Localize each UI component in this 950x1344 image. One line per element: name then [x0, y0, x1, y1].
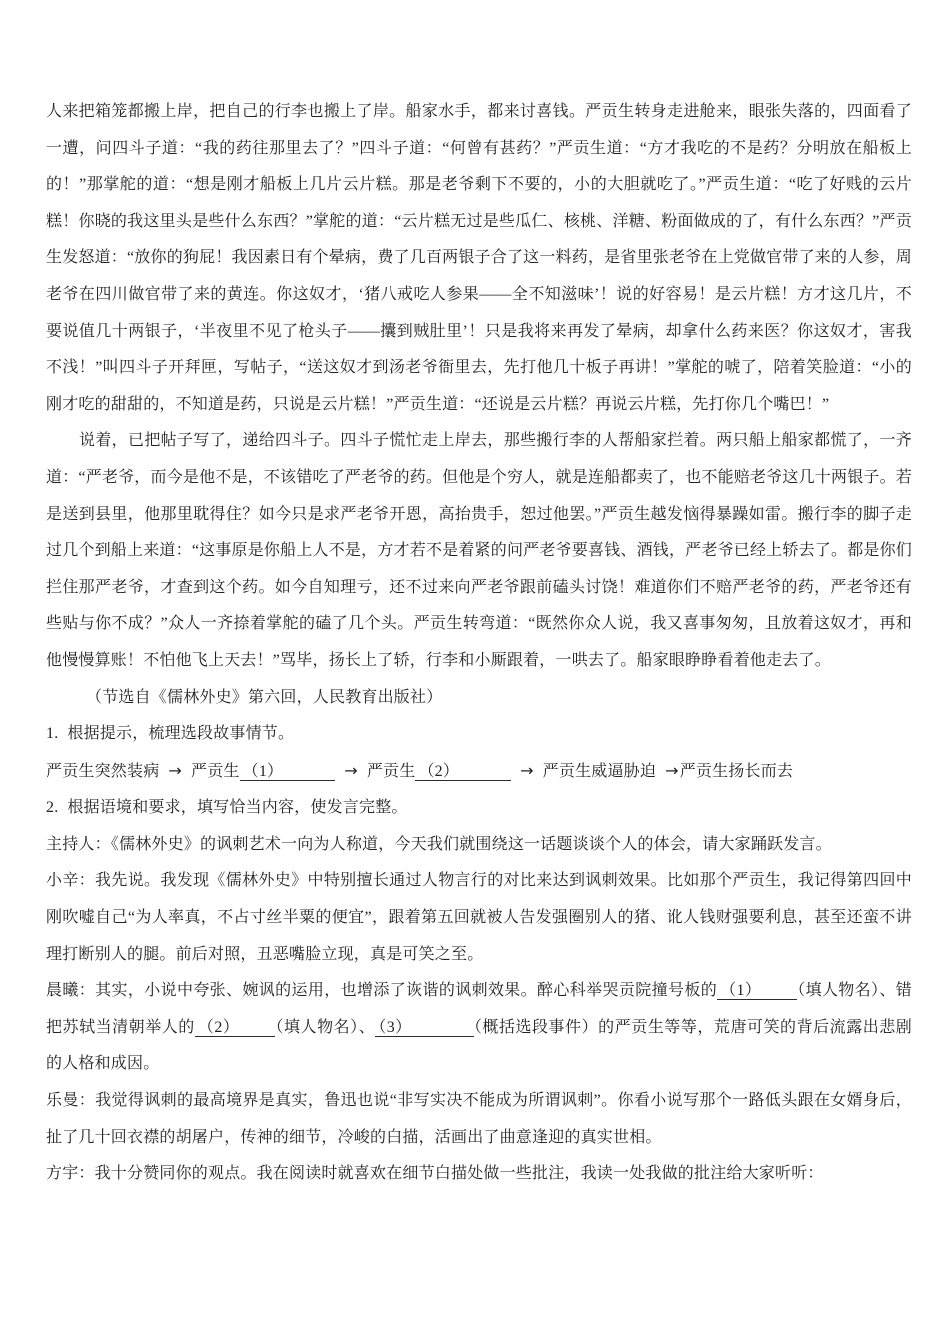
question-1-heading: 1.根据提示，梳理选段故事情节。	[46, 716, 912, 753]
passage-paragraph-1: 人来把箱笼都搬上岸，把自己的行李也搬上了岸。船家水手，都来讨喜钱。严贡生转身走进…	[46, 94, 912, 423]
answer-blank-2-label: （2）	[198, 1019, 240, 1036]
speaker-label-chenxi: 晨曦：	[46, 982, 95, 999]
answer-blank-1: （1）	[717, 982, 797, 1000]
passage-source-attribution: （节选自《儒林外史》第六回，人民教育出版社）	[46, 680, 912, 717]
dialogue-xiaoxin-text: 我先说。我发现《儒林外史》中特别擅长通过人物言行的对比来达到讽刺效果。比如那个严…	[46, 872, 912, 962]
flow-step-5: 严贡生扬长而去	[680, 763, 793, 780]
flow-blank-1-label: （1）	[243, 763, 284, 780]
question-1-stem: 根据提示，梳理选段故事情节。	[67, 725, 294, 742]
flow-step-1: 严贡生突然装病	[46, 763, 159, 780]
arrow-right-icon: →	[665, 761, 679, 780]
arrow-right-icon: →	[520, 761, 534, 780]
arrow-right-icon: →	[168, 761, 182, 780]
question-2-heading: 2.根据语境和要求，填写恰当内容，使发言完整。	[46, 790, 912, 827]
answer-blank-3-label: （3）	[378, 1019, 412, 1036]
flow-step-4: 严贡生威逼胁迫	[543, 763, 656, 780]
dialogue-host-line: 主持人：《儒林外史》的讽刺艺术一向为人称道，今天我们就围绕这一话题谈谈个人的体会…	[46, 827, 912, 864]
dialogue-chenxi-line: 晨曦：其实，小说中夸张、婉讽的运用，也增添了诙谐的讽刺效果。醉心科举哭贡院撞号板…	[46, 973, 912, 1083]
arrow-right-icon: →	[344, 761, 358, 780]
answer-blank-1-label: （1）	[720, 982, 761, 999]
answer-blank-3: （3）	[375, 1019, 474, 1037]
speaker-label-yueman: 乐曼：	[46, 1092, 95, 1109]
dialogue-fangyu-line: 方宇：我十分赞同你的观点。我在阅读时就喜欢在细节白描处做一些批注，我读一处我做的…	[46, 1156, 912, 1193]
exam-document-page: 人来把箱笼都搬上岸，把自己的行李也搬上了岸。船家水手，都来讨喜钱。严贡生转身走进…	[46, 94, 912, 1193]
passage-paragraph-2: 说着，已把帖子写了，递给四斗子。四斗子慌忙走上岸去，那些搬行李的人帮船家拦着。两…	[46, 423, 912, 679]
flow-step-2-prefix: 严贡生	[191, 763, 240, 780]
speaker-label-xiaoxin: 小辛：	[46, 872, 95, 889]
dialogue-chenxi-seg-3: （填人物名）、	[275, 1019, 375, 1036]
flow-answer-blank-1: （1）	[240, 763, 336, 781]
flow-answer-blank-2: （2）	[415, 763, 511, 781]
speaker-label-host: 主持人：	[46, 836, 111, 853]
question-2-stem: 根据语境和要求，填写恰当内容，使发言完整。	[67, 799, 407, 816]
dialogue-yueman-line: 乐曼：我觉得讽刺的最高境界是真实，鲁迅也说“非写实决不能成为所谓讽刺”。你看小说…	[46, 1083, 912, 1156]
question-1-flowchart: 严贡生突然装病→严贡生（1）→严贡生（2）→严贡生威逼胁迫→严贡生扬长而去	[46, 753, 912, 791]
dialogue-xiaoxin-line: 小辛：我先说。我发现《儒林外史》中特别擅长通过人物言行的对比来达到讽刺效果。比如…	[46, 863, 912, 973]
speaker-label-fangyu: 方宇：	[46, 1165, 95, 1182]
flow-step-3-prefix: 严贡生	[367, 763, 416, 780]
question-2-number: 2.	[46, 799, 58, 816]
dialogue-fangyu-text: 我十分赞同你的观点。我在阅读时就喜欢在细节白描处做一些批注，我读一处我做的批注给…	[95, 1165, 824, 1182]
flow-blank-2-label: （2）	[418, 763, 459, 780]
dialogue-yueman-text: 我觉得讽刺的最高境界是真实，鲁迅也说“非写实决不能成为所谓讽刺”。你看小说写那个…	[46, 1092, 912, 1146]
answer-blank-2: （2）	[195, 1019, 276, 1037]
dialogue-chenxi-seg-1: 其实，小说中夸张、婉讽的运用，也增添了诙谐的讽刺效果。醉心科举哭贡院撞号板的	[95, 982, 717, 999]
dialogue-host-text: 《儒林外史》的讽刺艺术一向为人称道，今天我们就围绕这一话题谈谈个人的体会，请大家…	[111, 836, 832, 853]
question-1-number: 1.	[46, 725, 58, 742]
